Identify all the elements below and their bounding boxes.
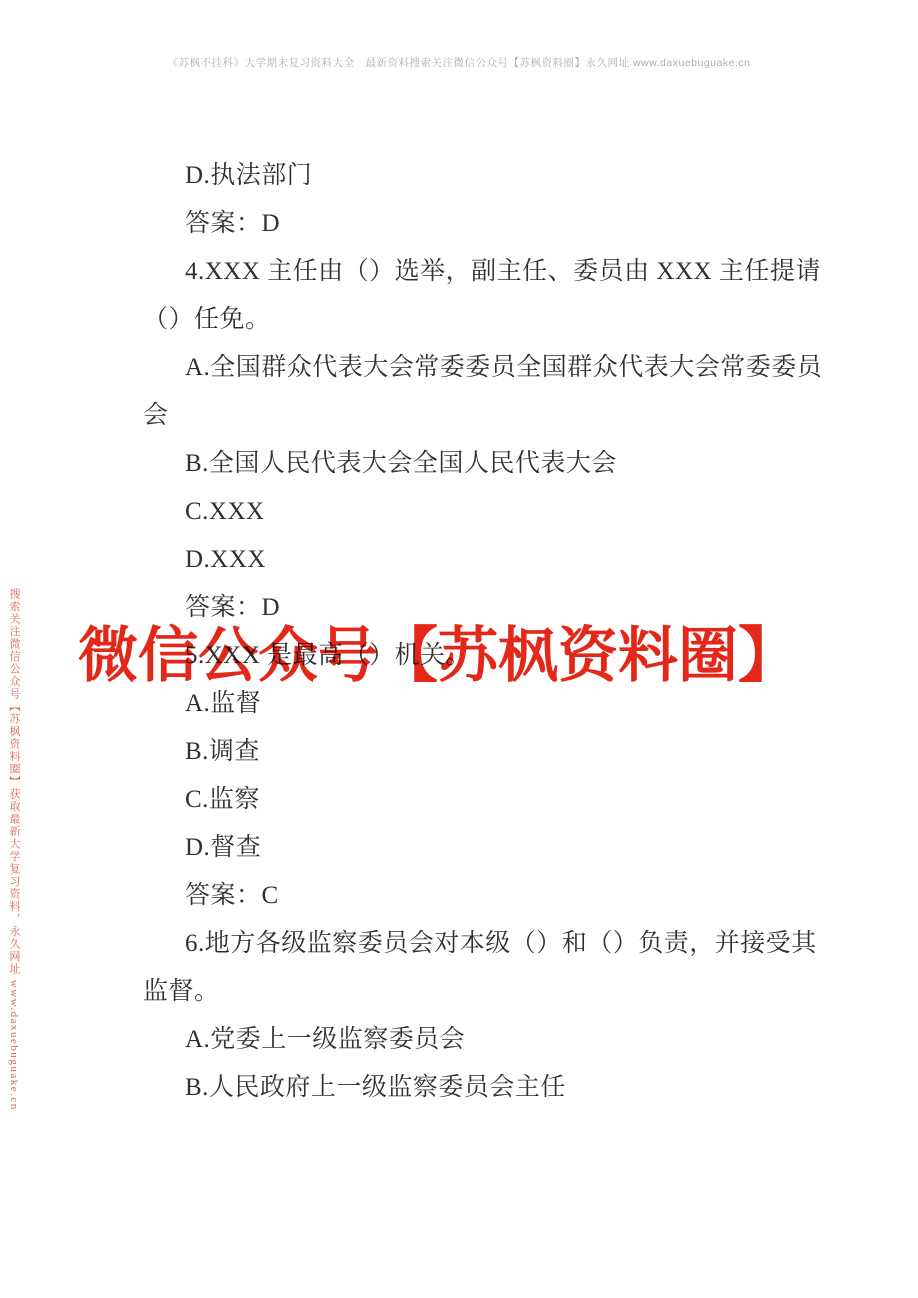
doc-line: D.执法部门: [143, 152, 823, 200]
doc-line-option-a: A.全国群众代表大会常委委员全国群众代表大会常委委员: [143, 344, 823, 392]
document-page: 《苏枫不挂科》大学期末复习资料大全 最新资料搜索关注微信公众号【苏枫资料圈】永久…: [0, 0, 918, 1298]
doc-line-option-b: B.人民政府上一级监察委员会主任: [143, 1064, 823, 1112]
doc-line-option-b: B.全国人民代表大会全国人民代表大会: [143, 440, 823, 488]
doc-line: （）任免。: [143, 296, 823, 344]
doc-line-question-4: 4.XXX 主任由（）选举，副主任、委员由 XXX 主任提请: [143, 248, 823, 296]
doc-line-option-d: D.督查: [143, 824, 823, 872]
doc-line-question-6: 6.地方各级监察委员会对本级（）和（）负责，并接受其: [143, 920, 823, 968]
doc-line-option-c: C.监察: [143, 776, 823, 824]
red-watermark-text: 微信公众号【苏枫资料圈】: [78, 608, 798, 694]
side-vertical-note-text: 搜索关注微信公众号【苏枫资料圈】获取最新大学复习资料，永久网址 www.daxu…: [6, 588, 22, 1048]
doc-line: 会: [143, 392, 823, 440]
doc-line: 监督。: [143, 968, 823, 1016]
doc-line-option-a: A.党委上一级监察委员会: [143, 1016, 823, 1064]
page-header-text: 《苏枫不挂科》大学期末复习资料大全 最新资料搜索关注微信公众号【苏枫资料圈】永久…: [0, 55, 918, 70]
doc-line-option-d: D.XXX: [143, 536, 823, 584]
doc-line-answer: 答案：C: [143, 872, 823, 920]
doc-line-answer: 答案：D: [143, 200, 823, 248]
doc-line-option-b: B.调查: [143, 728, 823, 776]
doc-line-option-c: C.XXX: [143, 488, 823, 536]
